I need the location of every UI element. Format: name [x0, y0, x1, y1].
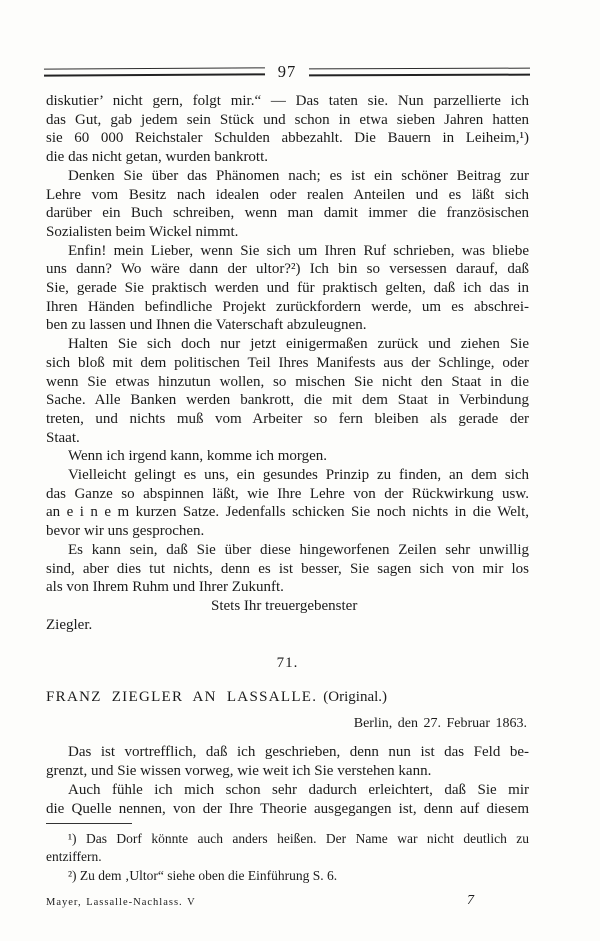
paragraph: Halten Sie sich doch nur jetzt einigerma… [46, 335, 529, 447]
letter-heading-note: (Original.) [323, 689, 387, 705]
text-line: Ihren Händen befindliche Projekt zurückf… [46, 298, 529, 317]
page-footer: Mayer, Lassalle-Nachlass. V 7 [46, 892, 529, 908]
text-line: Wenn ich irgend kann, komme ich morgen. [46, 447, 529, 466]
text-line: Es kann sein, daß Sie über diese hingewo… [46, 541, 529, 560]
letter-heading-title: FRANZ ZIEGLER AN LASSALLE. [46, 689, 317, 705]
text-line: sind, aber dies tut nichts, denn es ist … [46, 560, 529, 579]
text-line: sie 60 000 Reichstaler Schulden abbezahl… [46, 129, 529, 148]
paragraph: Enfin! mein Lieber, wenn Sie sich um Ihr… [46, 242, 529, 336]
text-line: die Quelle nennen, von der Ihre Theorie … [46, 800, 529, 819]
letter-heading: FRANZ ZIEGLER AN LASSALLE.(Original.) [46, 687, 529, 707]
text-line: ¹) Das Dorf könnte auch anders heißen. D… [46, 830, 529, 848]
text-line: ben zu lassen und Ihnen die Vaterschaft … [46, 316, 529, 335]
text-line: Enfin! mein Lieber, wenn Sie sich um Ihr… [46, 242, 529, 261]
letter-number: 71. [46, 654, 529, 673]
text-line: die das nicht getan, wurden bankrott. [46, 148, 529, 167]
letter-70-body: diskutier’ nicht gern, folgt mir.“ — Das… [46, 92, 529, 597]
text-line: Vielleicht gelingt es uns, ein gesundes … [46, 466, 529, 485]
footnotes: ¹) Das Dorf könnte auch anders heißen. D… [46, 830, 529, 885]
paragraph: Vielleicht gelingt es uns, ein gesundes … [46, 466, 529, 541]
text-line: Auch fühle ich mich schon sehr dadurch e… [46, 781, 529, 800]
text-line: treten, und nichts muß vom Arbeiter so f… [46, 410, 529, 429]
running-head: 97 [44, 64, 530, 80]
paragraph: Denken Sie über das Phänomen nach; es is… [46, 167, 529, 242]
sheet-signature: 7 [467, 892, 474, 911]
text-line: das Ganze so abspinnen läßt, wie Ihre Le… [46, 485, 529, 504]
letter-text-block: diskutier’ nicht gern, folgt mir.“ — Das… [46, 92, 529, 908]
text-line: darüber ein Buch schreiben, wenn man dam… [46, 204, 529, 223]
paragraph: Auch fühle ich mich schon sehr dadurch e… [46, 781, 529, 818]
text-line: Das ist vortrefflich, daß ich geschriebe… [46, 743, 529, 762]
text-line: Denken Sie über das Phänomen nach; es is… [46, 167, 529, 186]
footnote-rule [46, 823, 132, 824]
text-line: Sozialisten beim Wickel nimmt. [46, 223, 529, 242]
text-line: Sie, gerade Sie praktisch werden und für… [46, 279, 529, 298]
valediction: Stets Ihr treuergebenster [46, 597, 529, 616]
paragraph: ¹) Das Dorf könnte auch anders heißen. D… [46, 830, 529, 866]
imprint: Mayer, Lassalle-Nachlass. V [46, 894, 196, 913]
paragraph: Wenn ich irgend kann, komme ich morgen. [46, 447, 529, 466]
book-page: 97 diskutier’ nicht gern, folgt mir.“ — … [0, 0, 600, 941]
text-line: diskutier’ nicht gern, folgt mir.“ — Das… [46, 92, 529, 111]
text-line: Sache. Alle Banken werden bankrott, die … [46, 391, 529, 410]
paragraph: Das ist vortrefflich, daß ich geschriebe… [46, 743, 529, 780]
header-rule-left [44, 67, 265, 76]
text-line: ²) Zu dem ‚Ultor“ siehe oben die Einführ… [46, 867, 529, 885]
text-line: uns dann? Wo wäre dann der ultor?²) Ich … [46, 260, 529, 279]
signature: Ziegler. [46, 616, 529, 635]
text-line: Lehre vom Besitz nach idealen oder reale… [46, 186, 529, 205]
text-line: wenn Sie etwas hinzutun wollen, so misch… [46, 373, 529, 392]
paragraph: diskutier’ nicht gern, folgt mir.“ — Das… [46, 92, 529, 167]
text-line: bevor wir uns gesprochen. [46, 522, 529, 541]
text-line: sich bloß mit dem politischen Teil Ihres… [46, 354, 529, 373]
text-line: an e i n e m kurzen Satze. Jedenfalls sc… [46, 503, 529, 522]
page-number: 97 [265, 64, 310, 80]
text-line: als von Ihrem Ruhm und Ihrer Zukunft. [46, 578, 529, 597]
paragraph: Es kann sein, daß Sie über diese hingewo… [46, 541, 529, 597]
text-line: entziffern. [46, 848, 529, 866]
text-line: das Gut, gab jedem sein Stück und schon … [46, 111, 529, 130]
letter-71-body: Das ist vortrefflich, daß ich geschriebe… [46, 743, 529, 818]
text-line: Halten Sie sich doch nur jetzt einigerma… [46, 335, 529, 354]
text-line: Staat. [46, 429, 529, 448]
text-line: grenzt, und Sie wissen vorweg, wie weit … [46, 762, 529, 781]
dateline: Berlin, den 27. Februar 1863. [46, 715, 529, 733]
paragraph: ²) Zu dem ‚Ultor“ siehe oben die Einführ… [46, 867, 529, 885]
header-rule-right [309, 68, 530, 77]
